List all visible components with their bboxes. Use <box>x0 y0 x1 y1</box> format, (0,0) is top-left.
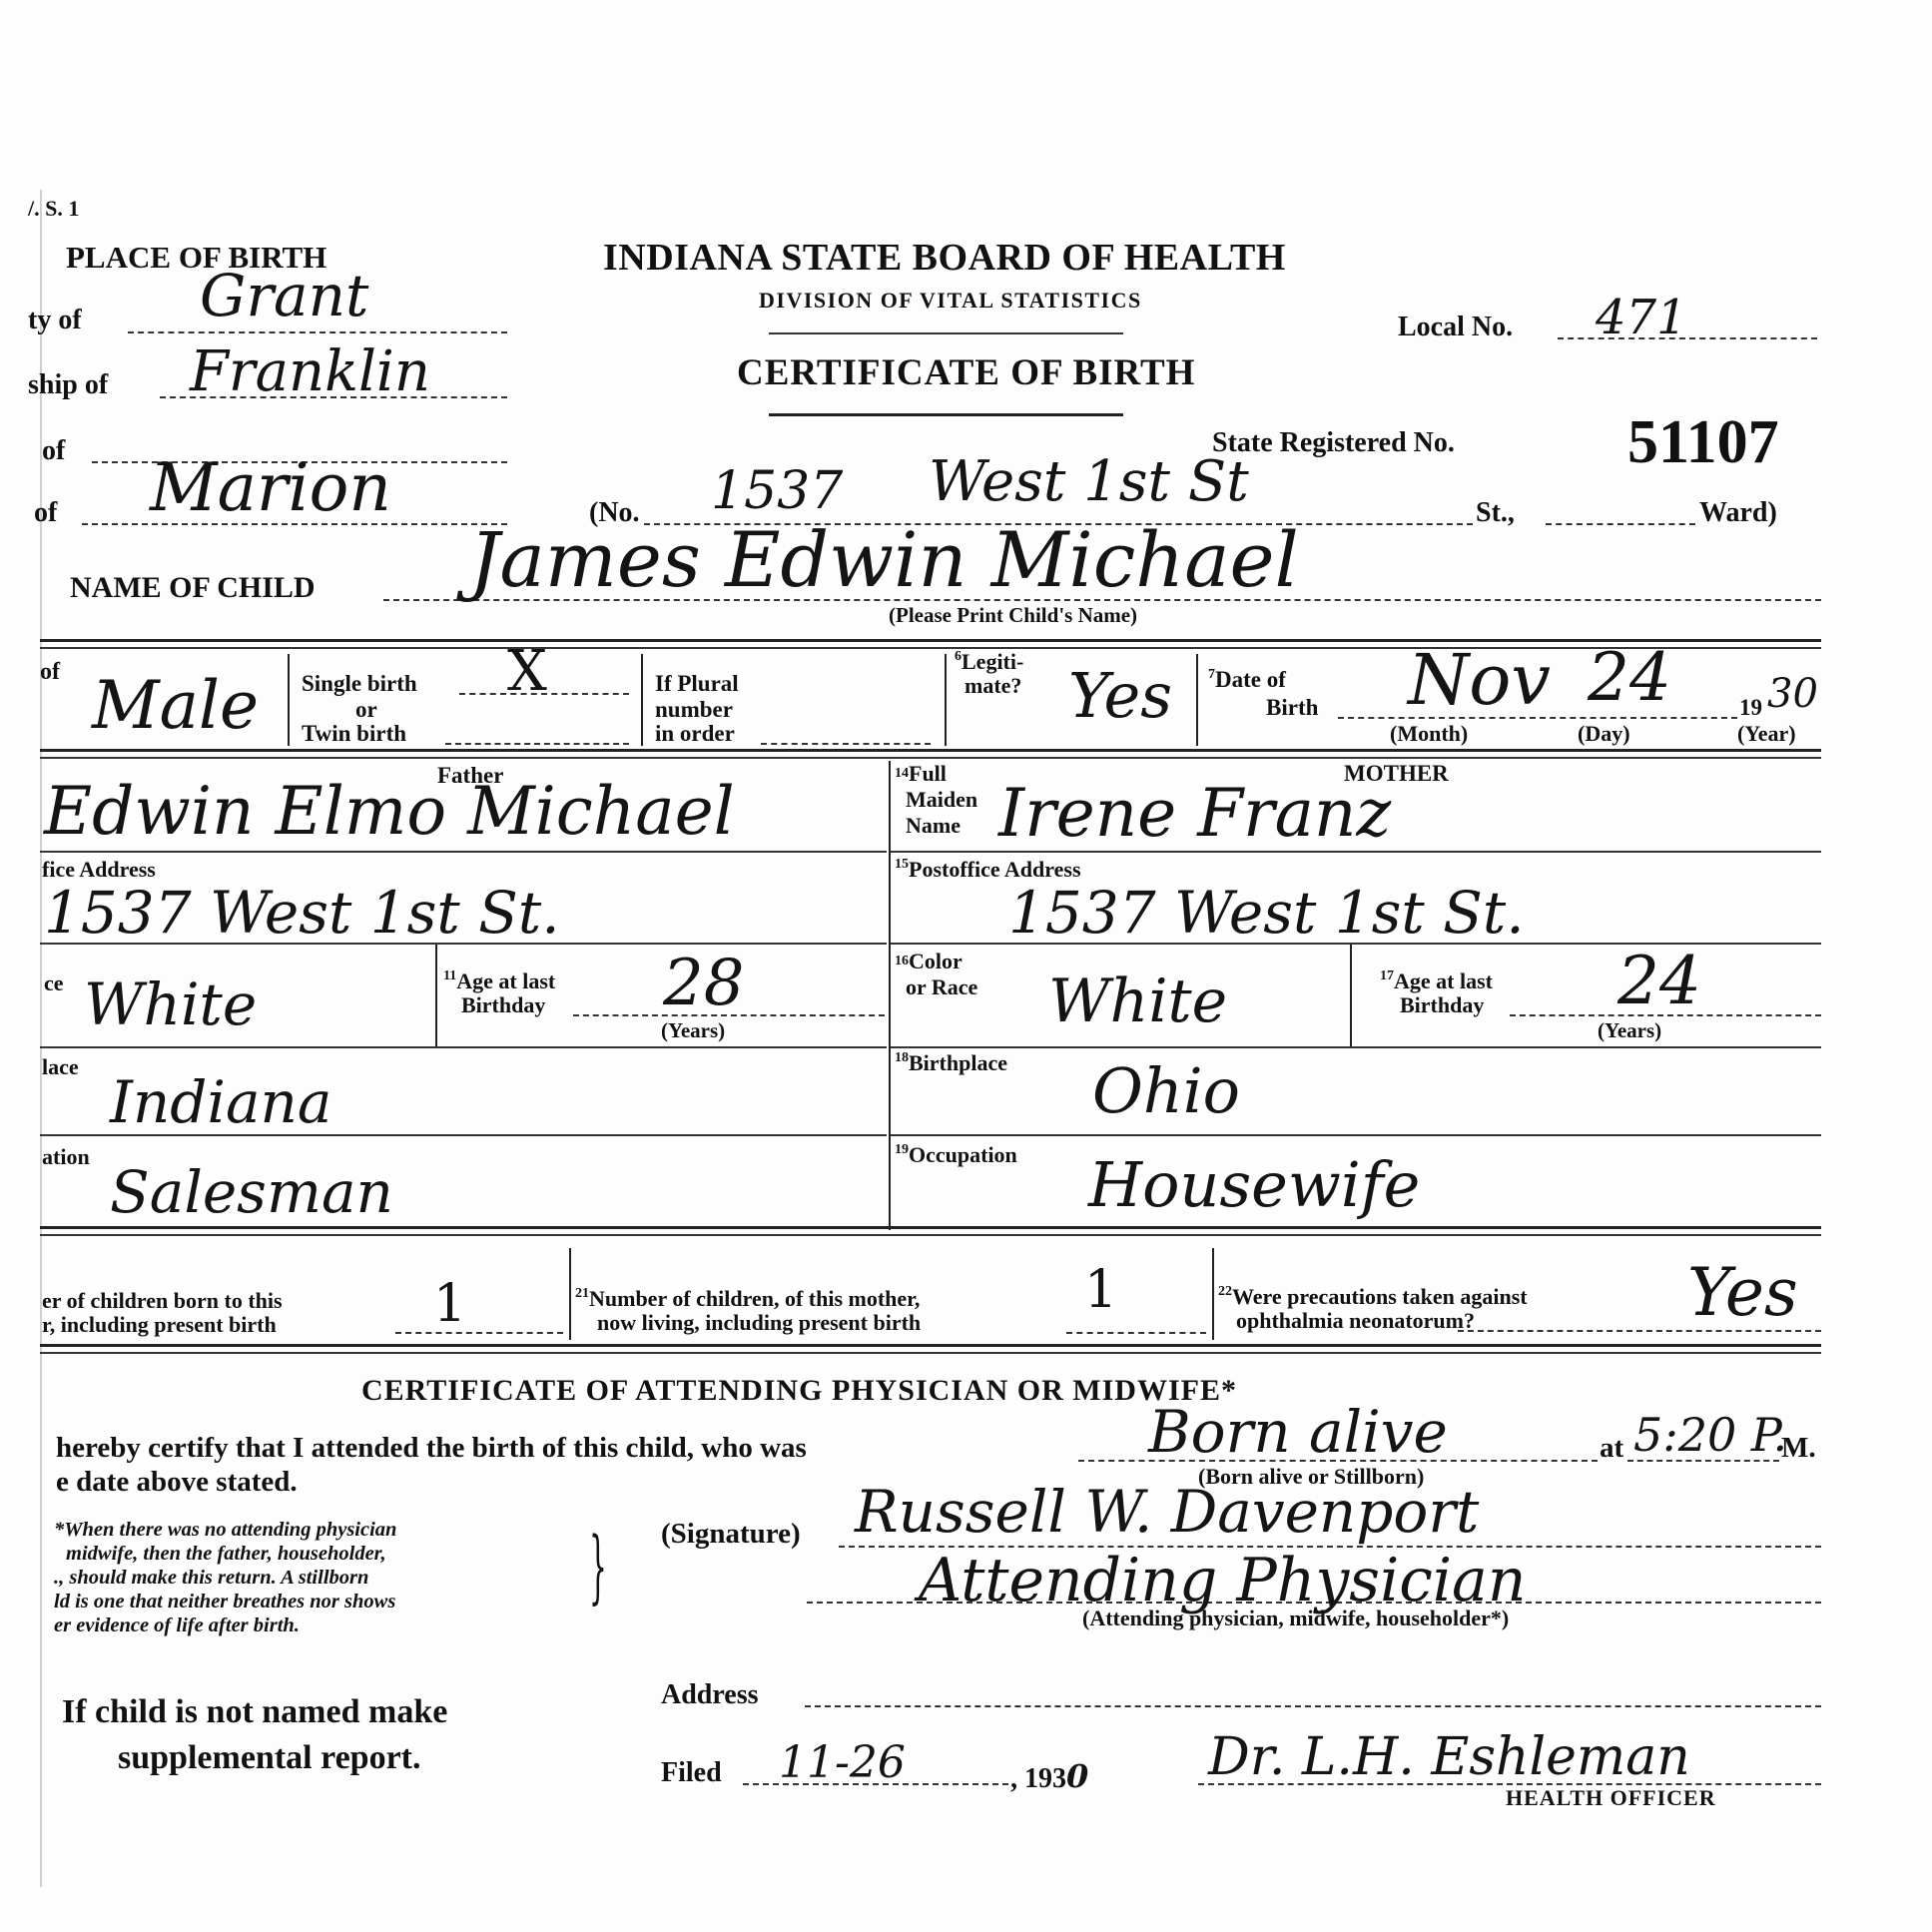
footnote: *When there was no attending physician m… <box>54 1518 396 1637</box>
ward-line <box>1546 523 1695 525</box>
father-birthplace: Indiana <box>110 1068 331 1136</box>
father-name: Edwin Elmo Michael <box>44 773 735 850</box>
rule <box>40 1226 1821 1229</box>
mother-address: 1537 West 1st St. <box>1008 879 1525 947</box>
sex-value: Male <box>92 667 259 744</box>
single-birth-check[interactable]: X <box>507 639 547 704</box>
father-years-hint: (Years) <box>661 1018 725 1043</box>
state-reg-number: 51107 <box>1627 407 1779 478</box>
twin-birth-label: Twin birth <box>302 721 406 747</box>
precautions-value: Yes <box>1687 1254 1798 1331</box>
address-label: Address <box>661 1679 759 1711</box>
father-age-label-2: Birthday <box>461 992 545 1018</box>
mother-age: 24 <box>1617 943 1701 1019</box>
divider <box>641 654 643 746</box>
rule <box>891 851 1821 853</box>
township-label: ship of <box>28 369 108 401</box>
legit-label-1: 6Legiti- <box>955 649 1023 675</box>
child-name-hint: (Please Print Child's Name) <box>889 603 1137 628</box>
mother-name: Irene Franz <box>998 775 1391 852</box>
legit-label-2: mate? <box>965 673 1021 699</box>
filed-year: , 1930 <box>1010 1757 1088 1795</box>
header-divider <box>769 332 1123 334</box>
mother-age-label-1: 17Age at last <box>1380 968 1493 994</box>
day-hint: (Day) <box>1578 721 1630 747</box>
street-no-value: 1537 <box>711 461 843 521</box>
mother-race: White <box>1048 966 1227 1036</box>
divider <box>1212 1248 1214 1340</box>
m-label: M. <box>1781 1432 1816 1465</box>
signature-hint: (Attending physician, midwife, household… <box>1082 1606 1509 1631</box>
children-living-line <box>1066 1332 1206 1334</box>
footnote-brace: } <box>589 1512 607 1621</box>
birth-time: 5:20 P. <box>1633 1408 1787 1462</box>
rule <box>40 1344 1821 1347</box>
rule <box>40 1046 887 1048</box>
children-living-label-1: 21Number of children, of this mother, <box>575 1286 920 1312</box>
father-age-label-1: 11Age at last <box>443 968 555 994</box>
dob-label-1: 7Date of <box>1208 667 1286 693</box>
or-label: or <box>355 697 377 723</box>
street-value: West 1st St <box>929 449 1249 514</box>
children-living-label-2: now living, including present birth <box>597 1310 921 1336</box>
plural-label-1: If Plural <box>655 671 739 697</box>
precautions-label-2: ophthalmia neonatorum? <box>1236 1308 1475 1334</box>
father-race-label: ce <box>44 970 64 996</box>
physician-signature[interactable]: Russell W. Davenport <box>855 1478 1479 1546</box>
physician-heading: CERTIFICATE OF ATTENDING PHYSICIAN OR MI… <box>361 1374 1237 1408</box>
divider <box>569 1248 571 1340</box>
rule <box>40 943 887 945</box>
precautions-label-1: 22Were precautions taken against <box>1218 1284 1528 1310</box>
dob-day: 24 <box>1588 639 1671 716</box>
children-born-value: 1 <box>433 1274 466 1334</box>
birth-certificate: /. S. 1 PLACE OF BIRTH INDIANA STATE BOA… <box>0 0 1932 1932</box>
father-occupation-label: ation <box>42 1144 90 1170</box>
mother-birthplace-label: 18Birthplace <box>895 1050 1007 1076</box>
divider <box>1196 654 1198 746</box>
child-name-label: NAME OF CHILD <box>70 571 316 605</box>
dob-label-2: Birth <box>1266 695 1318 721</box>
child-name-value: James Edwin Michael <box>469 515 1299 604</box>
father-birthplace-label: lace <box>42 1054 79 1080</box>
form-code: /. S. 1 <box>28 196 79 222</box>
father-age: 28 <box>663 947 744 1020</box>
signature-label: (Signature) <box>661 1518 801 1551</box>
health-officer-signature: Dr. L.H. Eshleman <box>1208 1727 1690 1787</box>
year-hint: (Year) <box>1737 721 1796 747</box>
rule <box>40 851 887 853</box>
supplemental-notice-1: If child is not named make <box>62 1693 447 1731</box>
health-officer-label: HEALTH OFFICER <box>1506 1785 1716 1811</box>
county-line <box>128 331 507 333</box>
mother-name-label: 14Full Maiden Name <box>895 761 977 839</box>
children-born-label-2: r, including present birth <box>42 1312 277 1338</box>
mother-occupation: Housewife <box>1088 1148 1420 1221</box>
father-race: White <box>84 970 257 1038</box>
divider <box>945 654 947 746</box>
ward-label: Ward) <box>1699 497 1777 529</box>
village-label: of <box>42 435 65 467</box>
mother-years-hint: (Years) <box>1598 1018 1661 1043</box>
local-no-label: Local No. <box>1398 312 1513 343</box>
plural-label-2: number <box>655 697 733 723</box>
city-value: Marion <box>150 449 391 526</box>
rule <box>40 1234 1821 1236</box>
township-value: Franklin <box>190 339 430 404</box>
rule <box>891 1134 1821 1136</box>
county-label: ty of <box>28 305 82 336</box>
mother-birthplace: Ohio <box>1092 1054 1240 1127</box>
certificate-title: CERTIFICATE OF BIRTH <box>737 351 1195 394</box>
mother-occupation-label: 19Occupation <box>895 1142 1017 1168</box>
father-occupation: Salesman <box>110 1158 393 1226</box>
filed-date: 11-26 <box>779 1737 906 1788</box>
dob-century: 19 <box>1739 695 1762 721</box>
plural-label-3: in order <box>655 721 735 747</box>
legit-value: Yes <box>1068 659 1172 732</box>
twin-birth-line <box>445 743 629 745</box>
divider <box>1350 945 1352 1046</box>
supplemental-notice-2: supplemental report. <box>118 1739 420 1777</box>
rule <box>40 757 1821 759</box>
at-label: at <box>1600 1432 1623 1465</box>
address-line[interactable] <box>805 1705 1821 1707</box>
mother-age-label-2: Birthday <box>1400 992 1484 1018</box>
divider <box>288 654 290 746</box>
mother-race-label: 16Color or Race <box>895 949 977 1000</box>
rule <box>40 639 1821 642</box>
rule <box>40 1134 887 1136</box>
sex-label: of <box>40 659 60 686</box>
filed-label: Filed <box>661 1757 722 1789</box>
children-born-line <box>395 1332 563 1334</box>
month-hint: (Month) <box>1390 721 1468 747</box>
plural-line <box>761 743 931 745</box>
certify-line-1: hereby certify that I attended the birth… <box>56 1432 807 1465</box>
father-address: 1537 West 1st St. <box>44 879 560 947</box>
st-label: St., <box>1476 497 1515 529</box>
divider <box>435 945 437 1046</box>
local-no-value: 471 <box>1596 290 1687 345</box>
rule <box>891 1046 1821 1048</box>
title-divider <box>769 413 1123 416</box>
county-value: Grant <box>200 262 368 329</box>
rule <box>40 1352 1821 1354</box>
rule <box>40 749 1821 752</box>
city-label: of <box>34 497 57 529</box>
children-living-value: 1 <box>1084 1260 1117 1320</box>
dob-month: Nov <box>1408 639 1551 721</box>
children-born-label-1: er of children born to this <box>42 1288 283 1314</box>
certify-line-2: e date above stated. <box>56 1466 298 1499</box>
dob-year: 30 <box>1767 671 1818 717</box>
born-status: Born alive <box>1148 1398 1448 1466</box>
division-title: DIVISION OF VITAL STATISTICS <box>759 288 1142 314</box>
rule <box>40 647 1821 649</box>
column-divider <box>889 761 891 1230</box>
single-birth-label: Single birth <box>302 671 417 697</box>
agency-title: INDIANA STATE BOARD OF HEALTH <box>603 236 1286 280</box>
